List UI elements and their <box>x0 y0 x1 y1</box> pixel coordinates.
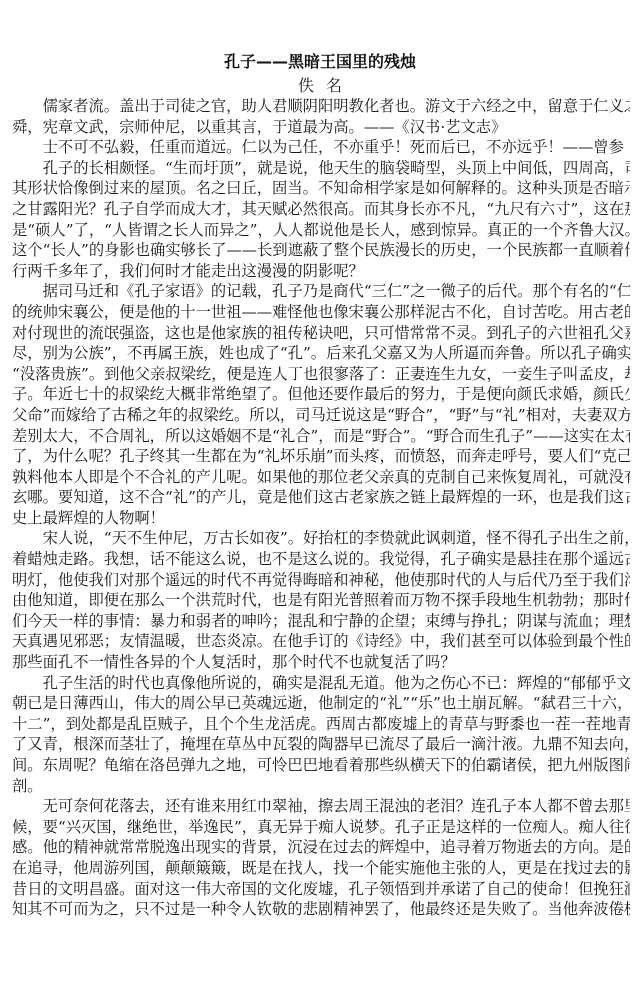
text-line: 孔子的长相颇怪。“生而圩顶”，就是说，他天生的脑袋畸型，头顶上中间低，四周高，司… <box>12 158 630 179</box>
text-line: 据司马迁和《孔子家语》的记载，孔子乃是商代“三仁”之一微子的后代。那个有名的“仁… <box>12 281 630 302</box>
paragraph: 据司马迁和《孔子家语》的记载，孔子乃是商代“三仁”之一微子的后代。那个有名的“仁… <box>12 281 630 528</box>
text-line: 感。他的精神就常常脱逸出现实的背景，沉浸在过去的辉煌中，追寻着万物逝去的方向。是… <box>12 837 630 858</box>
text-line: 无可奈何花落去，还有谁来用红巾翠袖，擦去周王混浊的老泪？连孔子本人都不曾去那里。… <box>12 796 630 817</box>
text-line: 那些面孔不一情性各异的个人复活时，那个时代不也就复活了吗？ <box>12 652 630 673</box>
text-line: 玄哪。要知道，这不合“礼”的产儿，竟是他们这古老家族之链上最辉煌的一环，也是我们… <box>12 487 630 508</box>
text-line: 间。东周呢？龟缩在洛邑弹九之地，可怜巴巴地看着那些纵横天下的伯霸诸侯，把九州版图… <box>12 755 630 776</box>
text-line: 父命”而嫁给了古稀之年的叔梁纥。所以，司马迁说这是“野合”，“野”与“礼”相对，… <box>12 405 630 426</box>
paragraph: 无可奈何花落去，还有谁来用红巾翠袖，擦去周王混浊的老泪？连孔子本人都不曾去那里。… <box>12 796 630 920</box>
article-title: 孔子——黑暗王国里的残烛 <box>0 52 640 72</box>
text-line: 舜，宪章文武，宗师仲尼，以重其言，于道最为高。——《汉书·艺文志》 <box>12 117 630 138</box>
text-line: 昔日的文明昌盛。面对这一伟大帝国的文化废墟，孔子领悟到并承诺了自己的使命！但挽狂… <box>12 879 630 900</box>
text-line: 候，要“兴灭国，继绝世，举逸民”，真无异于痴人说梦。孔子正是这样的一位痴人。痴人… <box>12 817 630 838</box>
text-line: 的统帅宋襄公，便是他的十一世祖——难怪他也像宋襄公那样泥古不化，自讨苦吃。用古老… <box>12 302 630 323</box>
text-line: 天真遇见邪恶；友情温暖，世态炎凉。在他手订的《诗经》中，我们甚至可以体验到最个性… <box>12 631 630 652</box>
text-line: 对付现世的流氓强盗，这也是他家族的祖传秘诀吧，只可惜常常不灵。到孔子的六世祖孔父… <box>12 323 630 344</box>
paragraph: 宋人说，“天不生仲尼，万古长如夜”。好抬杠的李贽就此讽刺道，怪不得孔子出生之前，… <box>12 528 630 672</box>
paragraph: 孔子的长相颇怪。“生而圩顶”，就是说，他天生的脑袋畸型，头顶上中间低，四周高，司… <box>12 158 630 282</box>
text-line: 们今天一样的事情：暴力和弱者的呻吟；混乱和宁静的企望；束缚与挣扎；阴谋与流血；理… <box>12 611 630 632</box>
text-line: 其形状恰像倒过来的屋顶。名之曰丘，固当。不知命相学家是如何解释的。这种头顶是否暗… <box>12 178 630 199</box>
paragraph: 孔子生活的时代也真像他所说的，确实是混乱无道。他为之伤心不已：辉煌的“郁郁乎文哉… <box>12 673 630 797</box>
text-line: 着蜡烛走路。我想，话不能这么说，也不是这么说的。我觉得，孔子确实是悬挂在那个遥远… <box>12 549 630 570</box>
text-line: 知其不可而为之，只不过是一种令人钦敬的悲剧精神罢了，他最终还是失败了。当他奔波倦… <box>12 899 630 920</box>
text-line: 这个“长人”的身影也确实够长了——长到遮蔽了整个民族漫长的历史，一个民族都一直顺… <box>12 240 630 261</box>
text-line: 孔子生活的时代也真像他所说的，确实是混乱无道。他为之伤心不已：辉煌的“郁郁乎文哉… <box>12 673 630 694</box>
text-line: 剖。 <box>12 776 630 797</box>
text-line: “没落贵族”。到他父亲叔梁纥，便是连人丁也很寥落了：正妻连生九女，一妾生子叫孟皮… <box>12 364 630 385</box>
text-line: 是“硕人”了，“人皆谓之长人而异之”，人人都说他是长人，感到惊异。真正的一个齐鲁… <box>12 220 630 241</box>
text-line: 士不可不弘毅，任重而道远。仁以为己任，不亦重乎！死而后已，不亦远乎！——曾参 <box>12 137 630 158</box>
text-line: 了又青，根深而茎壮了，掩埋在草丛中瓦裂的陶器早已流尽了最后一滴汁液。九鼎不知去向… <box>12 734 630 755</box>
text-line: 儒家者流。盖出于司徒之官，助人君顺阴阳明教化者也。游文于六经之中，留意于仁义之际… <box>12 96 630 117</box>
text-line: 在追寻，他周游列国，颠颠簸簸，既是在找人，找一个能实施他主张的人，更是在找过去的… <box>12 858 630 879</box>
text-line: 朝已是日薄西山，伟大的周公早已英魂远逝，他制定的“礼”“乐”也土崩瓦解。“弑君三… <box>12 693 630 714</box>
text-line: 宋人说，“天不生仲尼，万古长如夜”。好抬杠的李贽就此讽刺道，怪不得孔子出生之前，… <box>12 528 630 549</box>
text-line: 十二”，到处都是乱臣贼子，且个个生龙活虎。西周古都废墟上的青草与野黍也一茬一茬地… <box>12 714 630 735</box>
text-line: 行两千多年了，我们何时才能走出这漫漫的阴影呢？ <box>12 261 630 282</box>
text-line: 差别太大，不合周礼，所以这婚姻不是“礼合”，而是“野合”。“野合而生孔子”——这… <box>12 426 630 447</box>
text-line: 子。年近七十的叔梁纥大概非常绝望了。但他还要作最后的努力，于是便向颜氏求婚，颜氏… <box>12 384 630 405</box>
paragraph: 士不可不弘毅，任重而道远。仁以为己任，不亦重乎！死而后已，不亦远乎！——曾参 <box>12 137 630 158</box>
text-line: 孰料他本人即是个不合礼的产儿呢。如果他的那位老父亲真的克制自己来恢复周礼，可就没… <box>12 467 630 488</box>
paragraph: 儒家者流。盖出于司徒之官，助人君顺阴阳明教化者也。游文于六经之中，留意于仁义之际… <box>12 96 630 137</box>
text-line: 了，为什么呢？孔子终其一生都在为“礼坏乐崩”而头疼，而愤怒，而奔走呼号，要人们“… <box>12 446 630 467</box>
text-line: 明灯，他使我们对那个遥远的时代不再觉得晦暗和神秘，他使那时代的人与后代乃至于我们… <box>12 570 630 591</box>
article-author: 佚名 <box>0 76 640 96</box>
article-body: 儒家者流。盖出于司徒之官，助人君顺阴阳明教化者也。游文于六经之中，留意于仁义之际… <box>12 96 630 920</box>
text-line: 由他知道，即便在那么一个洪荒时代，也是有阳光普照着而万物不探手段地生机勃勃；那时… <box>12 590 630 611</box>
text-line: 史上最辉煌的人物啊！ <box>12 508 630 529</box>
text-line: 之甘露阳光？孔子自学而成大才，其天赋必然很高。而其身长亦不凡，“九尺有六寸”，这… <box>12 199 630 220</box>
text-line: 尽，别为公族”，不再属王族，姓也成了“孔”。后来孔父嘉又为人所逼而奔鲁。所以孔子… <box>12 343 630 364</box>
